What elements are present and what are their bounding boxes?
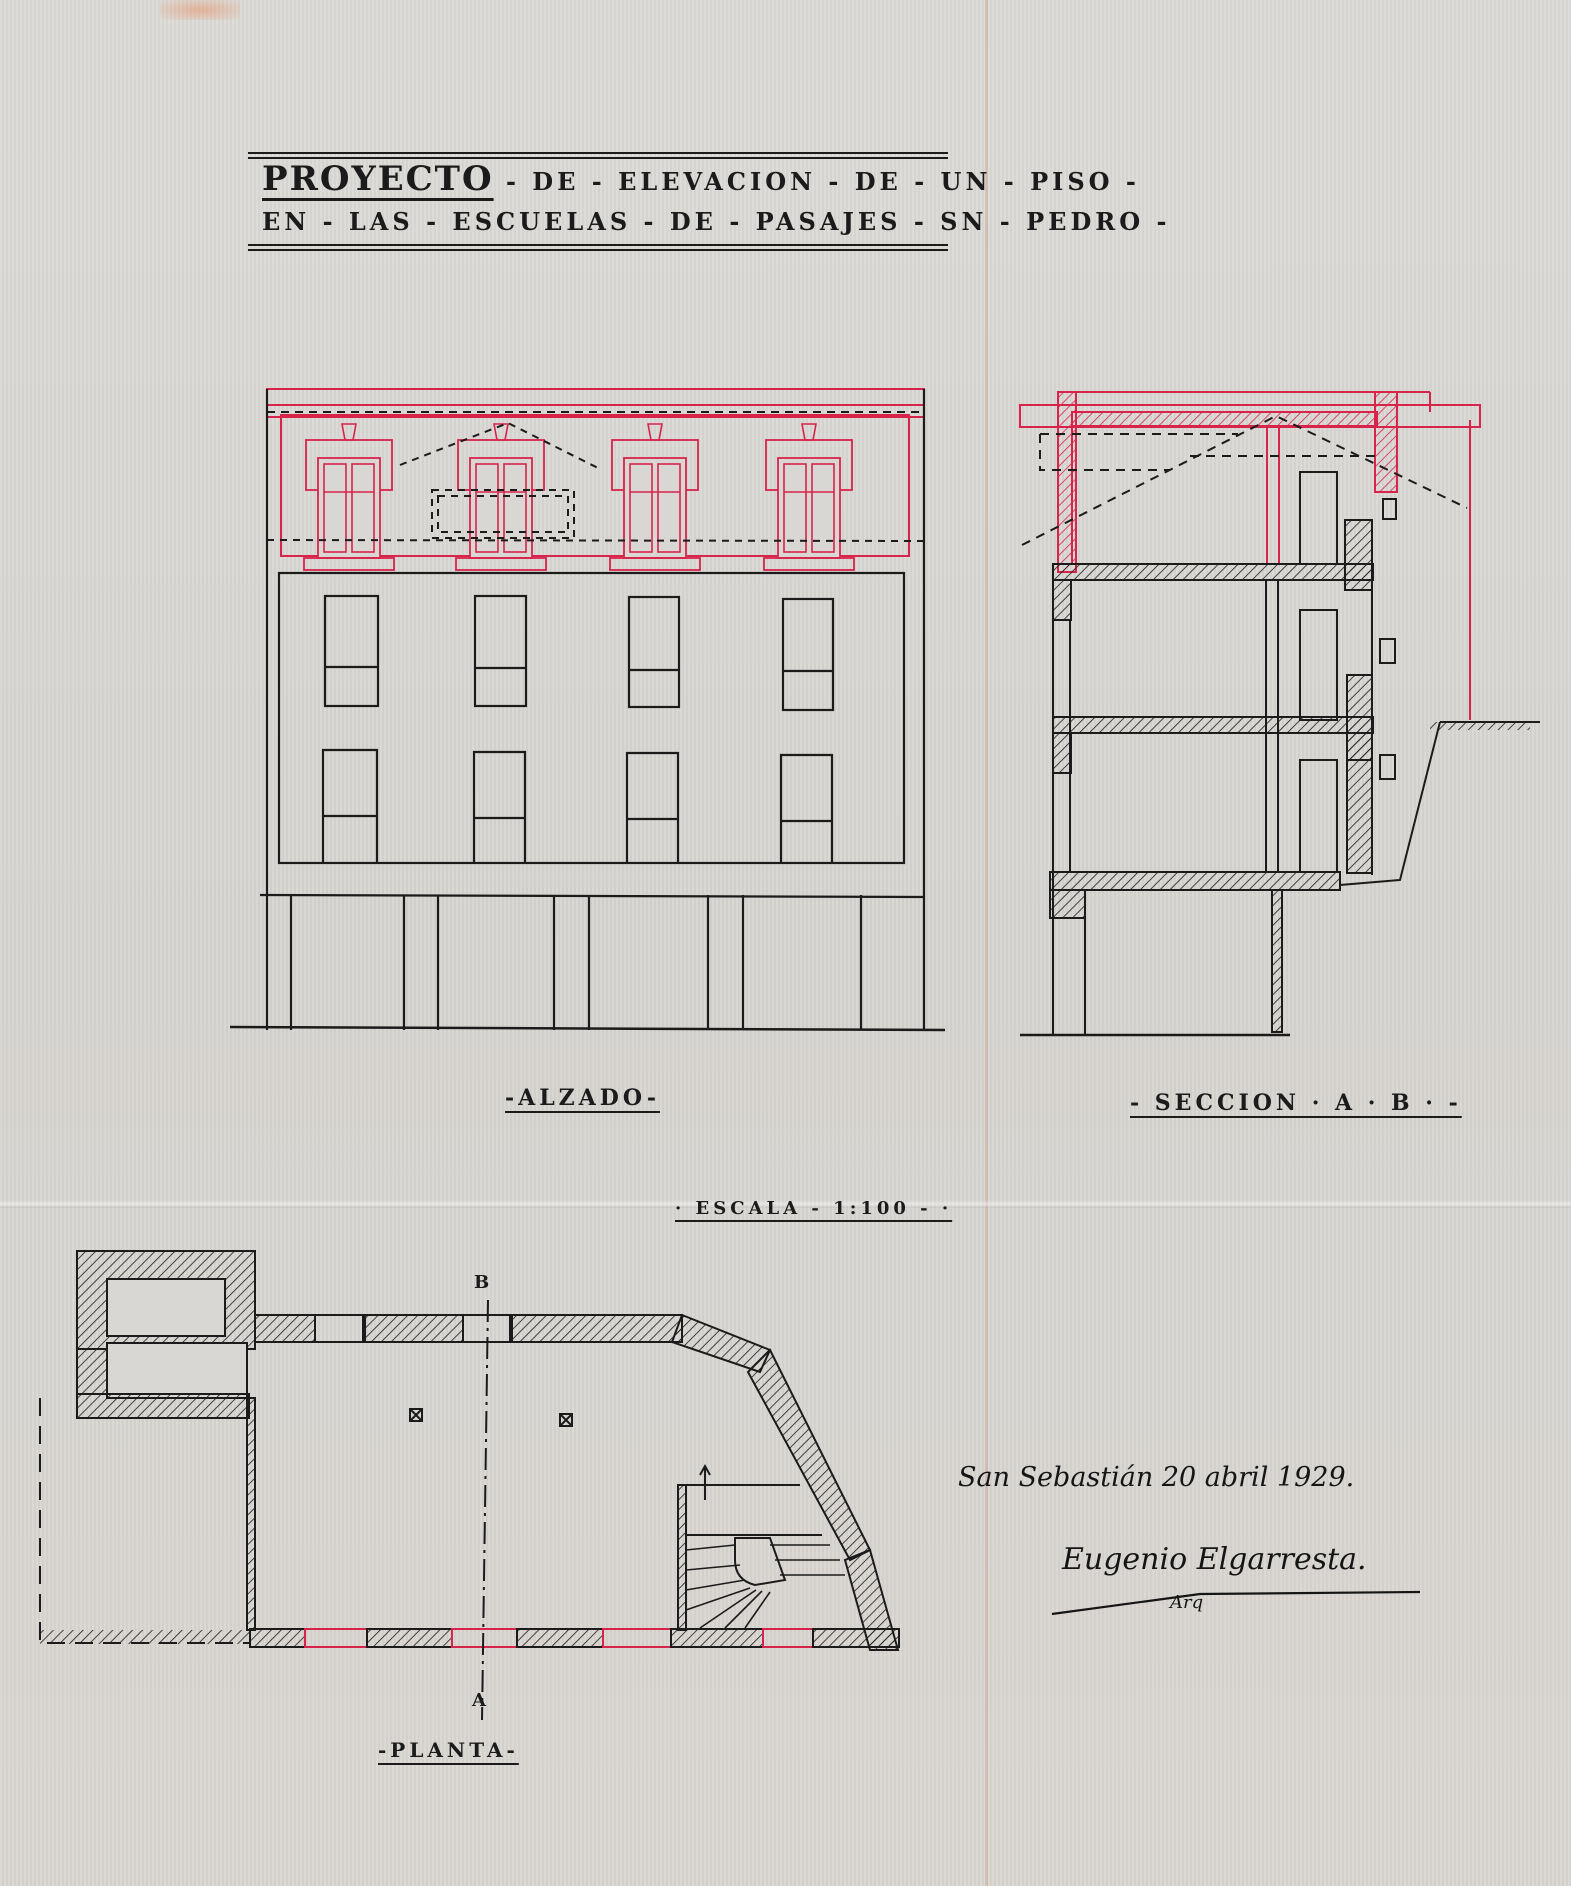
section-marker-b: B	[474, 1272, 493, 1293]
section-label: - SECCION · A · B · -	[1130, 1090, 1462, 1116]
section-drawing	[1020, 392, 1540, 1035]
elevation-drawing	[230, 389, 945, 1030]
signature: Eugenio Elgarresta.	[1062, 1542, 1367, 1577]
scale-label: · ESCALA - 1:100 - ·	[675, 1198, 952, 1219]
section-marker-a: A	[472, 1690, 490, 1711]
place-date: San Sebastián 20 abril 1929.	[958, 1462, 1354, 1493]
plan-drawing	[40, 1251, 899, 1720]
elevation-label: -ALZADO-	[505, 1085, 660, 1111]
plan-label: -PLANTA-	[378, 1738, 519, 1762]
signature-flourish	[1050, 1580, 1430, 1620]
